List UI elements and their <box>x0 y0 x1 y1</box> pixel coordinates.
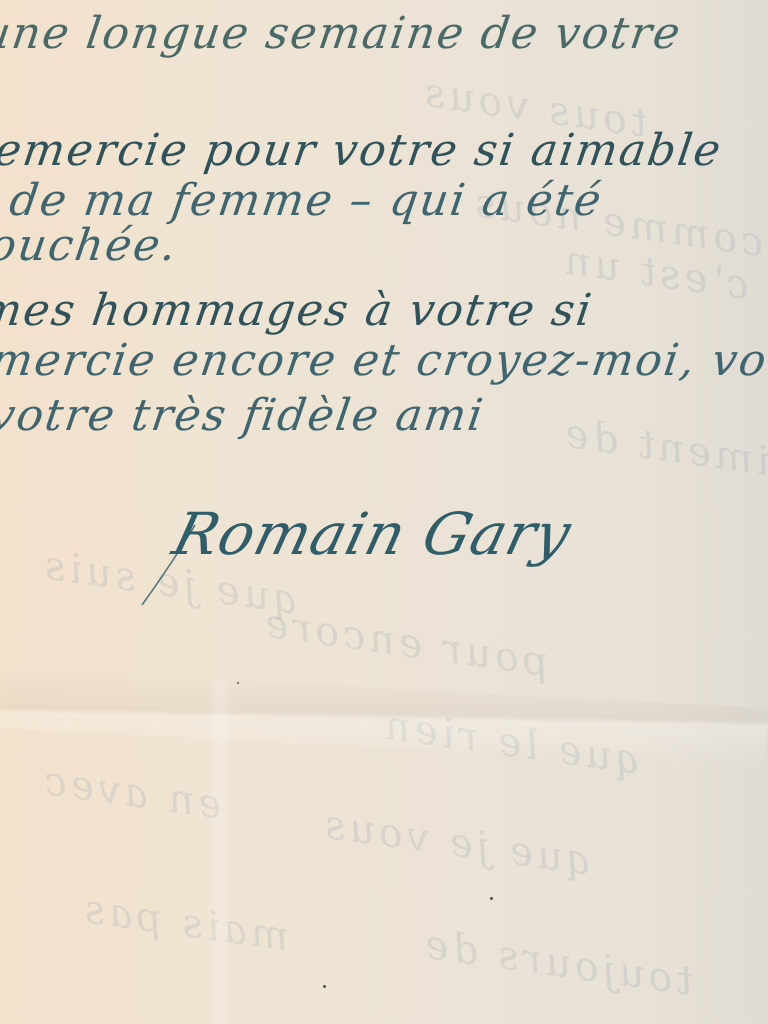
handwritten-line: une longue semaine de votre <box>0 8 685 59</box>
handwritten-line: touchée. <box>0 220 181 271</box>
handwritten-line: remercie encore et croyez-moi, votre <box>0 335 768 386</box>
paper-fold-vertical <box>205 680 235 1024</box>
handwritten-line: de ma femme – qui a été <box>6 175 606 226</box>
signature: Romain Gary <box>167 500 579 568</box>
handwritten-line: mes hommages à votre si <box>0 285 596 336</box>
paper-speck <box>323 985 326 988</box>
paper-speck <box>490 897 493 900</box>
paper-speck <box>237 682 239 684</box>
handwritten-line: Remercie pour votre si aimable <box>0 125 726 176</box>
handwritten-line: votre très fidèle ami <box>0 390 488 441</box>
